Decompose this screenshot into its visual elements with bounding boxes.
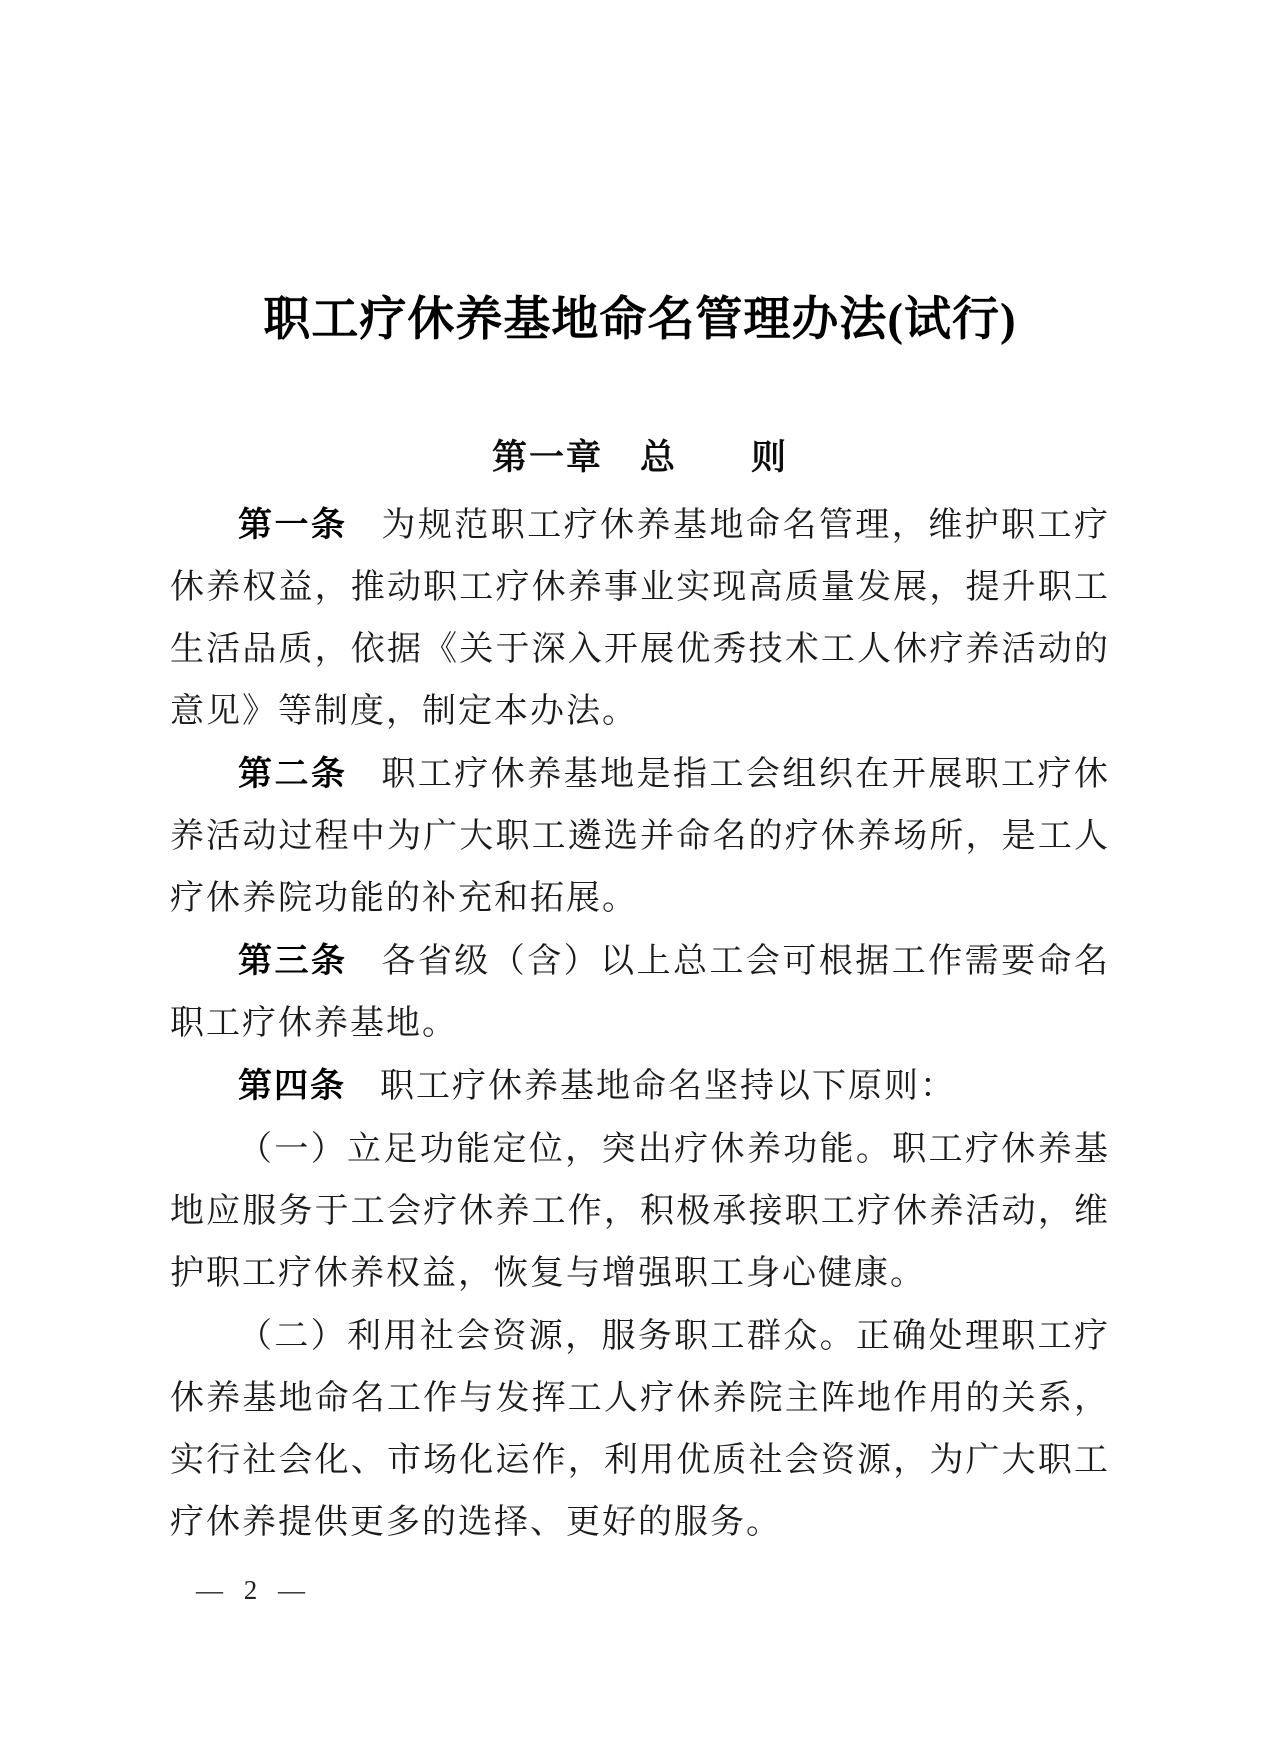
article-2-label: 第二条 xyxy=(238,755,347,793)
paragraph-article-4: 第四条职工疗休养基地命名坚持以下原则： xyxy=(170,1055,1110,1118)
paragraph-article-2: 第二条职工疗休养基地是指工会组织在开展职工疗休养活动过程中为广大职工遴选并命名的… xyxy=(170,743,1110,930)
article-4-label: 第四条 xyxy=(238,1067,346,1105)
document-body: 第一条为规范职工疗休养基地命名管理，维护职工疗休养权益，推动职工疗休养事业实现高… xyxy=(170,494,1110,1554)
paragraph-item-2: （二）利用社会资源，服务职工群众。正确处理职工疗休养基地命名工作与发挥工人疗休养… xyxy=(170,1305,1110,1554)
article-4-text: 职工疗休养基地命名坚持以下原则： xyxy=(380,1068,956,1105)
article-1-label: 第一条 xyxy=(238,506,347,544)
item-1-text: （一）立足功能定位，突出疗休养功能。职工疗休养基地应服务于工会疗休养工作，积极承… xyxy=(170,1131,1110,1292)
paragraph-article-3: 第三条各省级（含）以上总工会可根据工作需要命名职工疗休养基地。 xyxy=(170,930,1110,1055)
article-3-label: 第三条 xyxy=(238,942,347,980)
item-2-text: （二）利用社会资源，服务职工群众。正确处理职工疗休养基地命名工作与发挥工人疗休养… xyxy=(170,1318,1110,1541)
chapter-heading: 第一章 总 则 xyxy=(0,436,1280,480)
paragraph-item-1: （一）立足功能定位，突出疗休养功能。职工疗休养基地应服务于工会疗休养工作，积极承… xyxy=(170,1118,1110,1305)
document-title: 职工疗休养基地命名管理办法(试行) xyxy=(0,288,1280,352)
document-page: 职工疗休养基地命名管理办法(试行) 第一章 总 则 第一条为规范职工疗休养基地命… xyxy=(0,0,1280,1747)
paragraph-article-1: 第一条为规范职工疗休养基地命名管理，维护职工疗休养权益，推动职工疗休养事业实现高… xyxy=(170,494,1110,743)
page-number: — 2 — xyxy=(196,1574,312,1606)
